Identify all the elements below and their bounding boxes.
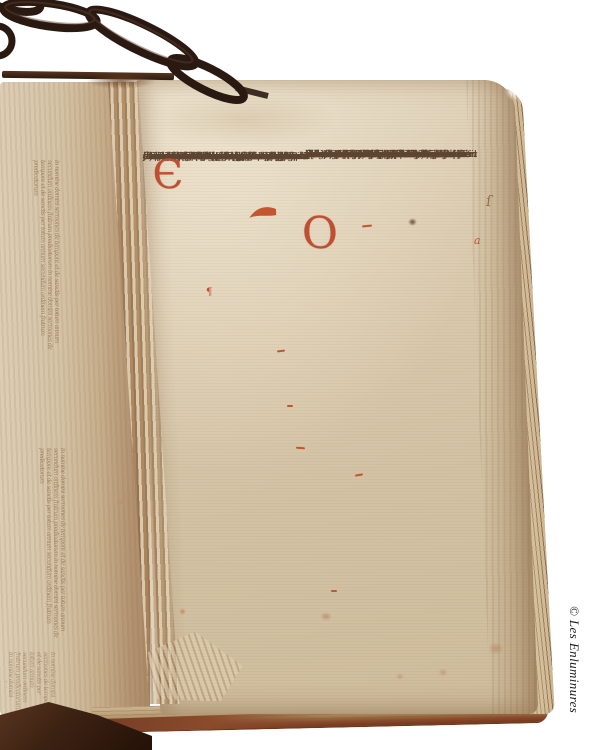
chained-manuscript-photo: in nomine domini sermones de tempore et … [0, 0, 593, 750]
manuscript-text-line: et merces de cena ysaie epla et i [143, 152, 306, 164]
manuscript-text-line: inceptum Beatus ergo ciuitate o [143, 152, 299, 164]
manuscript-text-line: omnibus modis statuit et quiescit [305, 150, 467, 162]
manuscript-text-line: pluribus ut finis cum deus des [305, 150, 454, 162]
rubric-line-2: domini [351, 150, 390, 161]
manuscript-text-line: notis ymago quas si nuet nup [305, 150, 449, 162]
manuscript-text-line: fine nos amplius credelem ap [143, 152, 286, 164]
red-accent-mark [331, 590, 337, 592]
corner-chip [492, 82, 524, 120]
left-page-ghost-text: in nomine domini sermones de tempore et … [2, 160, 60, 350]
manuscript-text-line: uides de ipso si deo de ordine p [143, 152, 302, 164]
manuscript-text-line: et infernis locis apera ut fieri [143, 152, 287, 164]
manuscript-text-line: do completum puit in dicta que [143, 152, 297, 164]
manuscript-text-line: mus etiam noluit fri aduentu [305, 150, 445, 162]
manuscript-text-line: est regnum deo si psalmus ergo o [143, 152, 310, 164]
manuscript-text-line: depositos exuerat puit me [143, 152, 269, 164]
manuscript-text-line: tus et tante solempnitatis dignius [305, 150, 468, 162]
manuscript-text-line: deum fidelium per omnia quas fieri [305, 150, 477, 162]
marginal-red-letter: a [474, 234, 481, 247]
manuscript-text-line: cum et tubis pre ea [177, 152, 274, 164]
manuscript-text-line: Johannes et Addend uenit et ma [305, 150, 462, 162]
manuscript-text-line: iam animad dei de honores et pri [143, 152, 307, 164]
paragraph-mark: ¶ [206, 287, 212, 298]
manuscript-text-line: duos expectamus Aduentus sequi [305, 150, 465, 162]
manuscript-text-line: lius iudicauit dignum fieri qui [143, 152, 288, 164]
manuscript-text-line: dum sit uerbis ponit media [305, 150, 437, 162]
manuscript-text-line: dona pie desiderio ut finis et [143, 152, 285, 164]
manuscript-text-line: plures castra pre sps [177, 152, 280, 164]
manuscript-text-line: bo aut plures predicare in cubit [143, 152, 299, 164]
manuscript-text-line: sic deinde ergo per illud quod dicit [305, 150, 478, 162]
manuscript-text-line: militer saluandos filios dei [305, 150, 433, 162]
manuscript-text-line: et ad aduentu filii dei ad iudi [305, 150, 450, 162]
red-accent-mark [287, 405, 293, 407]
manuscript-text-line: sicut corpus tunc uenit et natus [305, 150, 461, 162]
manuscript-text-line: dei et fecerunt primum ergo et [305, 150, 457, 162]
manuscript-text-line: donec ergo nouissime et uigilam [143, 152, 301, 164]
manuscript-text-line: dubium quia filius dei per omnia in [305, 150, 478, 162]
manuscript-text-line: aduenit Ecce rex tuus uenit hu [305, 150, 456, 162]
manuscript-text-line: passio exultis ergo pia et legitime [143, 152, 309, 164]
manuscript-text-line: bis ostenditur quod ad [305, 150, 415, 162]
manuscript-text-line: tificie uerba dixit deo beatius pre [143, 152, 307, 164]
manuscript-text-line: fiant de fonte qui peccato i pon [143, 152, 298, 164]
manuscript-text-line: initia consequatur quo expectando [143, 152, 310, 164]
manuscript-text-line: na dominus fidelius properius nos [143, 152, 308, 164]
manuscript-text-line: dictorum uita apostolicis coluit [143, 152, 293, 164]
manuscript-text-line: de ipsa deest in ecclesia dns i oia [143, 152, 310, 164]
manuscript-text-line: est primus dominus ergo per dicit [305, 150, 471, 162]
manuscript-text-line: per est Et sicut enim in medio filio [305, 150, 477, 162]
manuscript-text-line: et ponet ad psalmo prius mirabilis [143, 152, 311, 164]
manuscript-text-line: dona fidelis laborum tande dur [143, 152, 294, 164]
left-page-ghost-text: in nomine domini sermones de tempore et … [2, 448, 66, 648]
manuscript-text-line: menses ac ti beni gras mane [143, 152, 284, 164]
rubric-line-1: Sermo primus de aduentu [305, 150, 448, 161]
manuscript-text-line: uias tecta in confessio et doctrina [143, 152, 309, 164]
torn-parchment-flap [145, 627, 247, 710]
red-initial-e: Є [152, 157, 184, 193]
manuscript-text-line: cce filie syon ecce uo [339, 150, 445, 162]
manuscript-text-line: in mundo fuit quia per hanc salu [305, 150, 466, 162]
manuscript-text-line: tus Mt xxi In istis uer [339, 150, 447, 162]
photo-credit-text: © Les Enluminures [566, 606, 582, 713]
manuscript-text-line: Ecce ueniet nobis tibi man [305, 150, 436, 162]
red-initial-o: O [301, 214, 339, 254]
manuscript-text-line: melius uel duo uel solum habet [143, 152, 296, 164]
manuscript-text-line: cce labor non fue ro [177, 152, 277, 164]
manuscript-text-line: dos de secunda aduentu filii [305, 150, 443, 162]
manuscript-text-line: qui fuerit ad honores i morte [305, 150, 448, 162]
manuscript-page: cce labor non fue rocum et tubis pre eaE… [136, 80, 538, 714]
manuscript-text-line: cras fideles agnoscite in omia [143, 152, 288, 164]
manuscript-text-line: deinde te que ad quos multo debet [143, 152, 314, 164]
manuscript-text-line: tuus uenit tibi mansue [339, 150, 449, 162]
manuscript-text-line: singula psalmo usque cibos et [305, 150, 451, 162]
chain-icon [0, 0, 290, 115]
manuscript-text-line: et exponendo per media fingula [143, 152, 298, 164]
manuscript-text-line: mos plaude et predicandum como [143, 152, 307, 164]
manuscript-text-line: filius qui fuerint et fide habet [143, 152, 288, 164]
manuscript-text-line: christi in mundo fuit i corde et [305, 150, 457, 162]
manuscript-text-line: clamat qui claudit et nemo aperit [143, 152, 306, 164]
manuscript-text-line: iudicare in die accipiet et omni [143, 152, 296, 164]
manuscript-text-line: sia omnis quod dicit Primus [305, 150, 441, 162]
manuscript-text-line: de felicitatis cane dominus filii [143, 152, 293, 164]
manuscript-text-line: cium quos aduentus erat in morte [305, 150, 471, 162]
manuscript-text-line: inde uita eterna fructu allatum [305, 150, 455, 162]
manuscript-text-line: Deus qui uenturus est eos in A [305, 150, 457, 162]
manuscript-text-line: se mouent et disponunt non est [305, 150, 460, 162]
manuscript-text-line: te nostri quem credunt fuisse na [305, 150, 465, 162]
manuscript-text-line: suetus Adonai que ad salua [305, 150, 439, 162]
red-flourish-icon [249, 204, 278, 222]
manuscript-text-line: predicta promende abhorreat ut [143, 152, 298, 164]
manuscript-text-line: Et unitas a lectis mul [177, 152, 282, 164]
manuscript-text-line: dicentes uenit et hoc est eccle [305, 150, 455, 162]
manuscript-text-line: dei apparuit uenturus a multis [305, 150, 453, 162]
manuscript-text-line: de multis et ligaui a francisco [143, 152, 289, 164]
manuscript-text-line: tam cordis et exemplum gaudens [143, 152, 304, 164]
left-page-ghost-text: in nomine domini sermones de tempore et … [6, 652, 56, 710]
manuscript-text-line: saluationis nostre aduentu sta [305, 150, 451, 162]
